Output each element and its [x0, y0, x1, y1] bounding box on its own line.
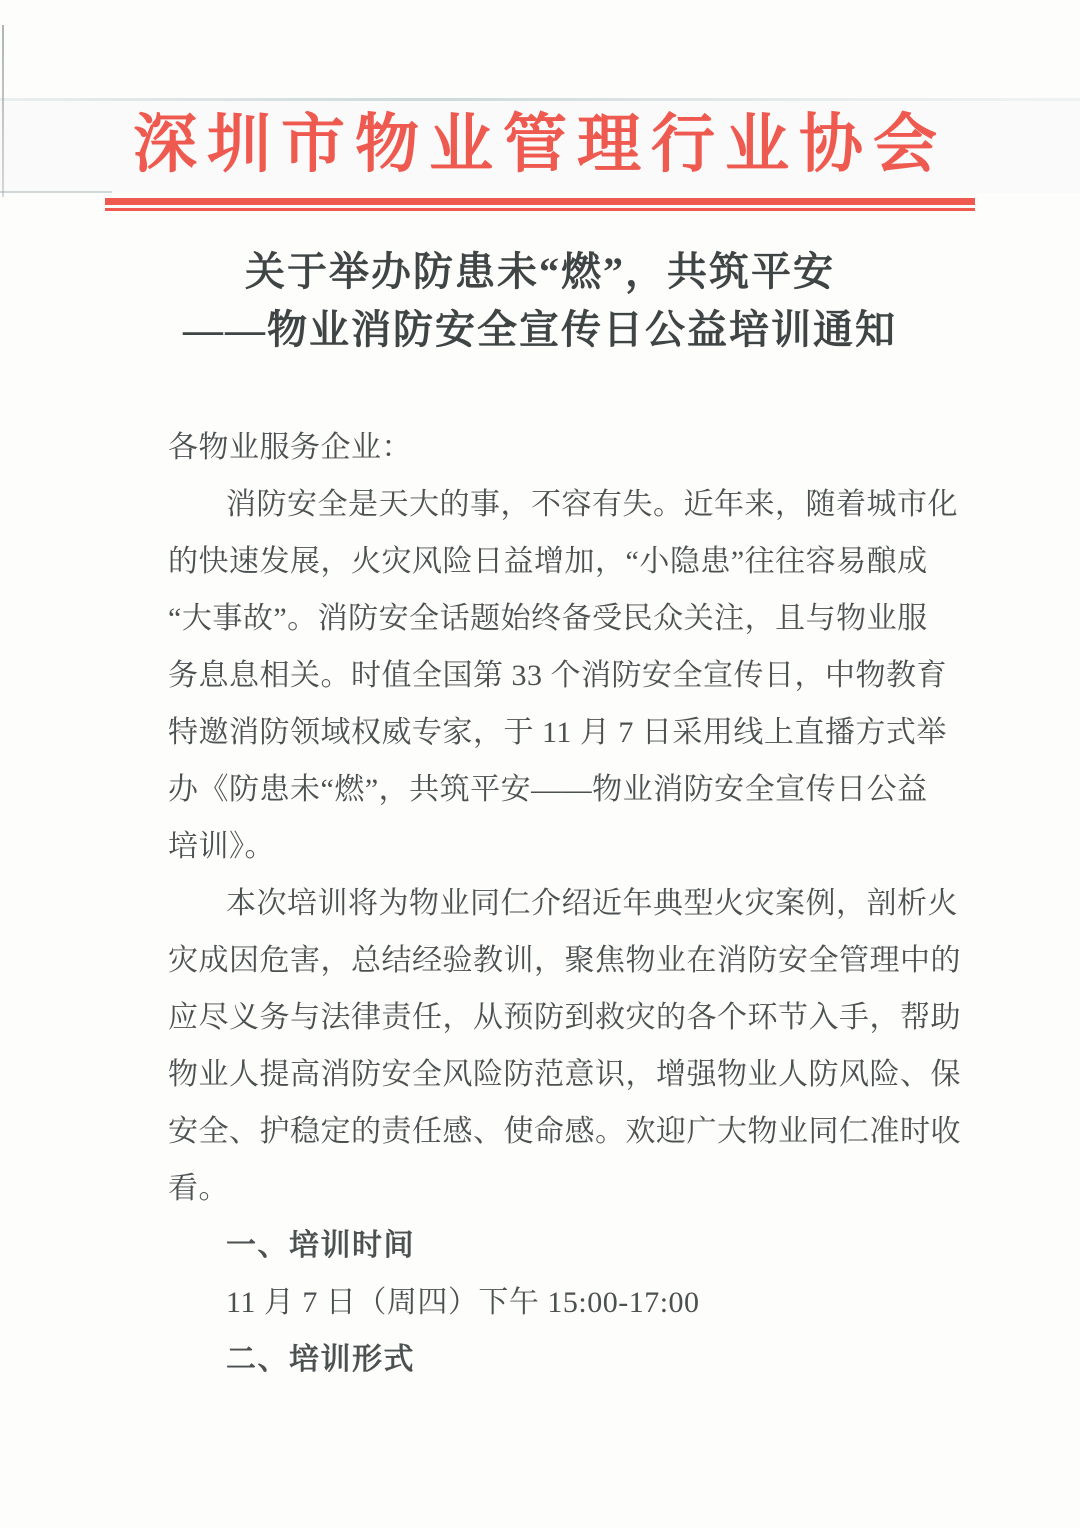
title-line-1: 关于举办防患未“燃”，共筑平安 [0, 243, 1080, 301]
title-line-2: ——物业消防安全宣传日公益培训通知 [0, 301, 1080, 359]
body-line: 本次培训将为物业同仁介绍近年典型火灾案例，剖析火 [168, 875, 933, 932]
body-line: 特邀消防领域权威专家，于 11 月 7 日采用线上直播方式举 [168, 704, 933, 761]
body-line: 应尽义务与法律责任，从预防到救灾的各个环节入手，帮助 [168, 989, 933, 1046]
body-line: 11 月 7 日（周四）下午 15:00-17:00 [168, 1274, 933, 1331]
document-title: 关于举办防患未“燃”，共筑平安 ——物业消防安全宣传日公益培训通知 [0, 243, 1080, 359]
body-line: 灾成因危害，总结经验教训，聚焦物业在消防安全管理中的 [168, 932, 933, 989]
organization-name: 深圳市物业管理行业协会 [0, 100, 1080, 190]
body-line: 办《防患未“燃”，共筑平安——物业消防安全宣传日公益 [168, 761, 933, 818]
body-line: 看。 [168, 1160, 933, 1217]
body-line: 培训》。 [168, 818, 933, 875]
body-line: 各物业服务企业： [168, 419, 933, 476]
header-double-rule [105, 198, 975, 211]
document-body: 各物业服务企业：消防安全是天大的事，不容有失。近年来，随着城市化的快速发展，火灾… [168, 419, 933, 1388]
body-line: 的快速发展，火灾风险日益增加，“小隐患”往往容易酿成 [168, 533, 933, 590]
section-heading: 二、培训形式 [168, 1331, 933, 1388]
section-heading: 一、培训时间 [168, 1217, 933, 1274]
body-line: 物业人提高消防安全风险防范意识，增强物业人防风险、保 [168, 1046, 933, 1103]
body-line: “大事故”。消防安全话题始终备受民众关注，且与物业服 [168, 590, 933, 647]
body-line: 安全、护稳定的责任感、使命感。欢迎广大物业同仁准时收 [168, 1103, 933, 1160]
body-line: 务息息相关。时值全国第 33 个消防安全宣传日，中物教育 [168, 647, 933, 704]
document-page: 深圳市物业管理行业协会 关于举办防患未“燃”，共筑平安 ——物业消防安全宣传日公… [0, 0, 1080, 1528]
scan-artifact-short-line [0, 191, 112, 193]
body-line: 消防安全是天大的事，不容有失。近年来，随着城市化 [168, 476, 933, 533]
